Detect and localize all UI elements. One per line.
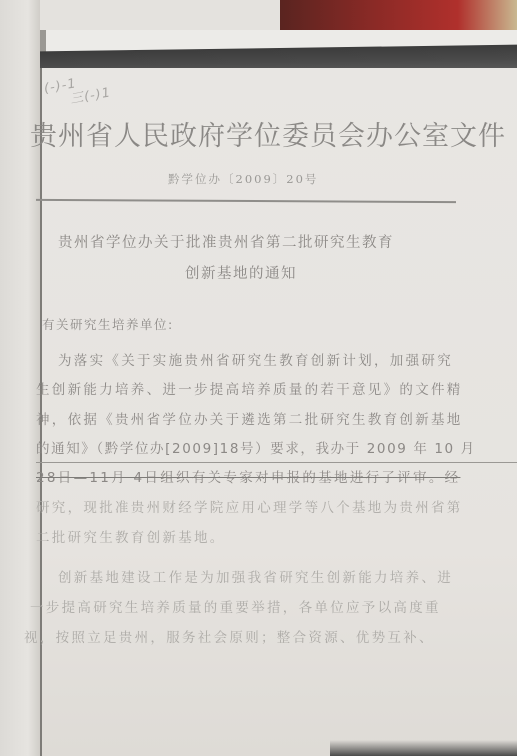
body-line-2: 生创新能力培养、进一步提高培养质量的若干意见》的文件精 bbox=[36, 378, 463, 398]
body-line-1: 为落实《关于实施贵州省研究生教育创新计划，加强研究 bbox=[58, 349, 453, 369]
body-line-3: 神，依据《贵州省学位办关于遴选第二批研究生教育创新基地 bbox=[36, 408, 463, 428]
body-line-4: 的通知》（黔学位办[2009]18号）要求，我办于 2009 年 10 月 bbox=[36, 437, 476, 457]
body-line-7: 二批研究生教育创新基地。 bbox=[36, 526, 226, 546]
notice-title-line-2: 创新基地的通知 bbox=[185, 262, 517, 283]
body-line-6: 研究，现批准贵州财经学院应用心理学等八个基地为贵州省第 bbox=[36, 496, 463, 516]
page-fold-line bbox=[36, 462, 517, 463]
body-line-10: 视，按照立足贵州，服务社会原则；整合资源、优势互补、 bbox=[24, 626, 435, 646]
document-number: 黔学位办〔2009〕20号 bbox=[168, 171, 318, 187]
photo-background-red-object bbox=[280, 0, 517, 32]
salutation: 有关研究生培养单位: bbox=[42, 315, 174, 333]
issuer-header: 贵州省人民政府学位委员会办公室文件 bbox=[30, 114, 506, 153]
body-line-8: 创新基地建设工作是为加强我省研究生创新能力培养、进 bbox=[58, 566, 453, 586]
body-line-9: 一步提高研究生培养质量的重要举措，各单位应予以高度重 bbox=[30, 596, 441, 616]
body-line-5: 28日—11月 4日组织有关专家对申报的基地进行了评审。经 bbox=[36, 466, 460, 486]
notice-title-line-1: 贵州省学位办关于批准贵州省第二批研究生教育 bbox=[58, 231, 478, 252]
photo-shadow-bottom bbox=[330, 740, 517, 756]
